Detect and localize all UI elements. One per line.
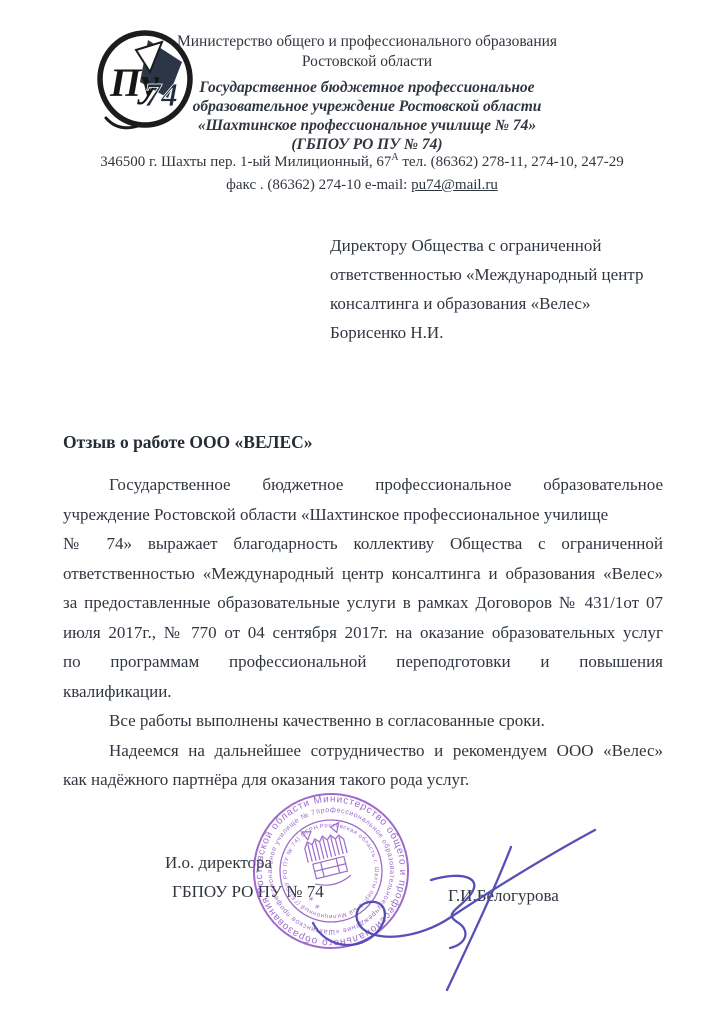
addressee-block: Директору Общества с ограниченнойответст… <box>330 231 643 347</box>
addressee-line: ответственностью «Международный центр <box>330 260 643 289</box>
addressee-line: Директору Общества с ограниченной <box>330 231 643 260</box>
phone-text: тел. (86362) 278-11, 274-10, 247-29 <box>399 154 624 170</box>
address-text: 346500 г. Шахты пер. 1-ый Милиционный, 6… <box>100 154 391 170</box>
body-line: по программам профессиональной переподго… <box>63 647 663 677</box>
body-line: квалификации. <box>63 677 663 707</box>
letter-title: Отзыв о работе ООО «ВЕЛЕС» <box>63 432 313 453</box>
body-line: Государственное бюджетное профессиональн… <box>63 470 663 500</box>
building-letter-superscript: А <box>391 152 398 163</box>
fax-email-line: факс . (86362) 274-10 e-mail: pu74@mail.… <box>42 174 682 197</box>
body-line: учреждение Ростовской области «Шахтинско… <box>63 500 663 530</box>
body-line: Надеемся на дальнейшее сотрудничество и … <box>63 736 663 766</box>
body-line: ответственностью «Международный центр ко… <box>63 559 663 589</box>
body-line: июля 2017г., № 770 от 04 сентября 2017г.… <box>63 618 663 648</box>
addressee-line: Борисенко Н.И. <box>330 318 643 347</box>
fax-text: факс . (86362) 274-10 e-mail: <box>226 177 411 193</box>
letter-body: Государственное бюджетное профессиональн… <box>63 470 663 795</box>
addressee-line: консалтинга и образования «Велес» <box>330 289 643 318</box>
body-line: Все работы выполнены качественно в согла… <box>63 706 663 736</box>
body-line: № 74» выражает благодарность коллективу … <box>63 529 663 559</box>
organization-name-line: Государственное бюджетное профессиональн… <box>132 78 602 97</box>
body-line: за предоставленные образовательные услуг… <box>63 588 663 618</box>
organization-name-line: «Шахтинское профессиональное училище № 7… <box>132 116 602 135</box>
organization-name: Государственное бюджетное профессиональн… <box>132 78 602 154</box>
document-page: Пу 74 Министерство общего и профессионал… <box>0 0 724 1024</box>
email-link[interactable]: pu74@mail.ru <box>411 177 498 193</box>
contact-info: 346500 г. Шахты пер. 1-ый Милиционный, 6… <box>42 146 682 197</box>
address-phone-line: 346500 г. Шахты пер. 1-ый Милиционный, 6… <box>42 146 682 174</box>
ministry-header: Министерство общего и профессионального … <box>132 32 602 72</box>
organization-name-line: образовательное учреждение Ростовской об… <box>132 97 602 116</box>
ministry-line1: Министерство общего и профессионального … <box>132 32 602 52</box>
ministry-line2: Ростовской области <box>132 52 602 72</box>
signature-ink <box>295 805 625 1000</box>
